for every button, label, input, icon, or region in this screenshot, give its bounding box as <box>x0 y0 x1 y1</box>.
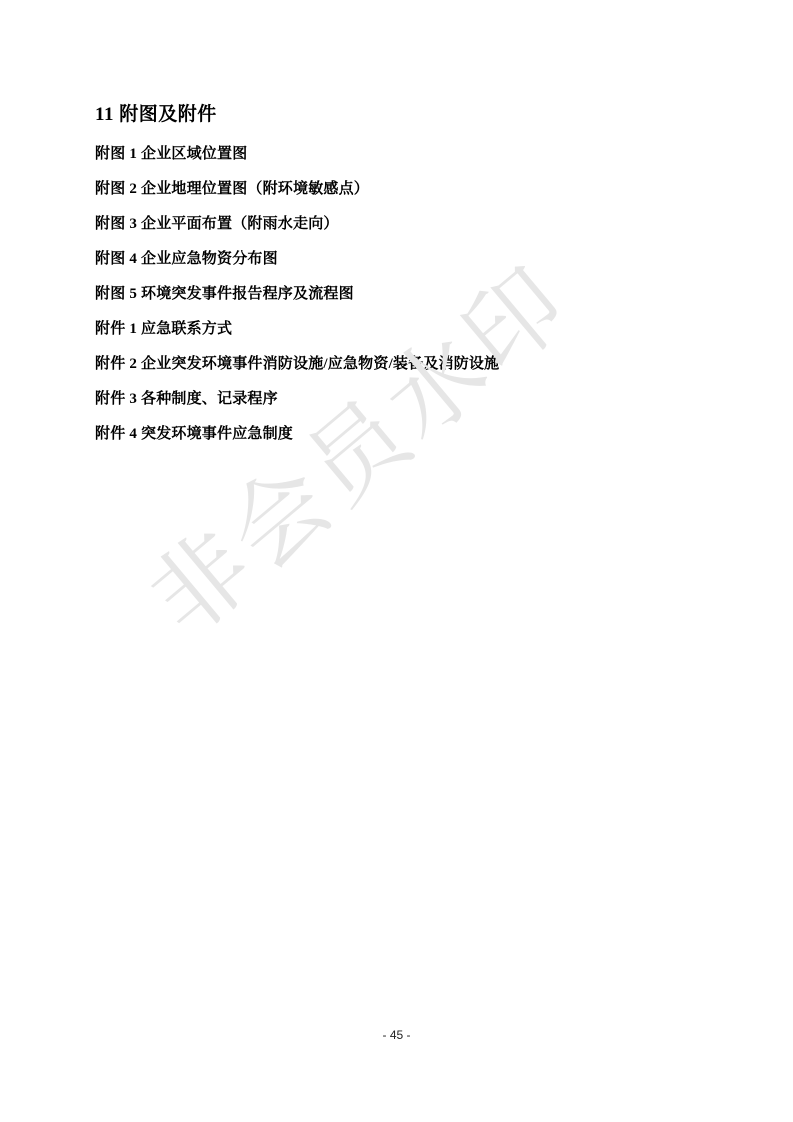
appendix-item-attachment-1: 附件 1 应急联系方式 <box>95 320 499 355</box>
appendix-item-figure-5: 附图 5 环境突发事件报告程序及流程图 <box>95 285 499 320</box>
appendix-item-figure-4: 附图 4 企业应急物资分布图 <box>95 250 499 285</box>
page-number: - 45 - <box>0 1028 793 1042</box>
section-title: 11 附图及附件 <box>95 103 217 127</box>
appendix-item-figure-1: 附图 1 企业区域位置图 <box>95 145 499 180</box>
appendix-item-figure-3: 附图 3 企业平面布置（附雨水走向） <box>95 215 499 250</box>
appendix-list: 附图 1 企业区域位置图 附图 2 企业地理位置图（附环境敏感点） 附图 3 企… <box>95 145 499 460</box>
appendix-item-attachment-4: 附件 4 突发环境事件应急制度 <box>95 425 499 460</box>
appendix-item-attachment-2: 附件 2 企业突发环境事件消防设施/应急物资/装备及消防设施 <box>95 355 499 390</box>
document-page: 11 附图及附件 附图 1 企业区域位置图 附图 2 企业地理位置图（附环境敏感… <box>0 0 793 1122</box>
appendix-item-figure-2: 附图 2 企业地理位置图（附环境敏感点） <box>95 180 499 215</box>
appendix-item-attachment-3: 附件 3 各种制度、记录程序 <box>95 390 499 425</box>
